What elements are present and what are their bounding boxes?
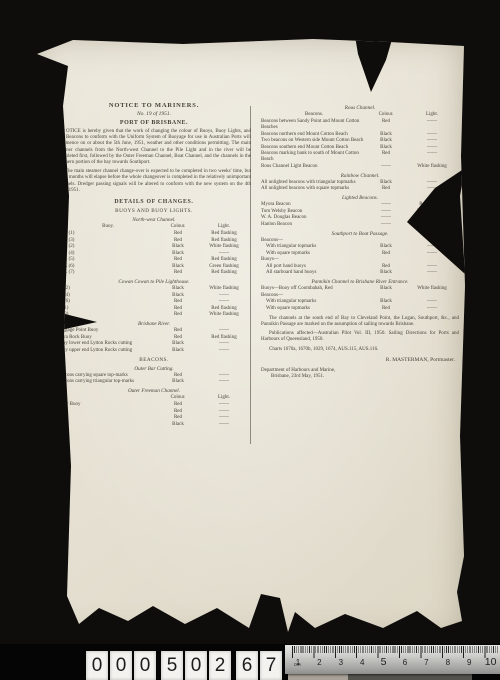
table-row: Luggage Point BuoyRed—— <box>57 328 251 334</box>
row-colour: Black <box>369 299 403 305</box>
row-name: All port hand buoys <box>261 264 367 270</box>
frame-counter: 00050267 <box>86 651 284 680</box>
row-colour: Red <box>161 373 195 379</box>
row-name: Beacons marking bank to south of Mount C… <box>261 151 367 163</box>
row-name: With square topmarks <box>261 306 367 312</box>
table-row: Beacons southern end Mount Cotton BeachB… <box>261 145 459 151</box>
table-row: All unlighted beacons with triangular to… <box>261 180 459 186</box>
table-row: No. 1Red—— <box>57 409 251 415</box>
table-row: M. (2)BlackWhite flashing <box>57 286 251 292</box>
row-colour: Red <box>161 312 195 318</box>
closing-block: The channels at the south end of Bay to … <box>261 316 459 380</box>
row-name: N.W. (2) <box>57 244 159 250</box>
row-colour: —— <box>369 202 403 208</box>
row-colour: Red <box>161 231 195 237</box>
row-light: White flashing <box>197 286 251 292</box>
section-title: Cowan Cowan to Pile Lighthouse. <box>57 279 251 285</box>
channel-section: Cowan Cowan to Pile Lighthouse.M. (2)Bla… <box>57 279 251 318</box>
channel-section: Rous Channel.Beacons.Colour.Light.Beacon… <box>261 105 459 170</box>
table-header-row: Colour.Light. <box>57 395 251 401</box>
row-light: —— <box>405 151 459 157</box>
column-header: Colour. <box>369 112 403 118</box>
row-light: —— <box>405 145 459 151</box>
column-header: Beacons. <box>261 112 367 118</box>
table-row: Beacons carrying square top-marksRed—— <box>57 373 251 379</box>
table-header-row: Beacons.Colour.Light. <box>261 112 459 118</box>
row-light: White flashing <box>405 164 459 170</box>
section-title: Rous Channel. <box>261 105 459 111</box>
notice-paragraph-2: The main steamer channel change-over is … <box>57 169 251 194</box>
row-colour: Black <box>161 293 195 299</box>
row-colour: Black <box>369 286 403 292</box>
row-name: N.W. (7) <box>57 270 159 276</box>
table-row: With triangular topmarksBlack—— <box>261 299 459 305</box>
row-light: —— <box>197 402 251 408</box>
channel-section: BEACONS.Outer Bar Cutting.Beacons carryi… <box>57 357 251 386</box>
row-name: Hanlon Beacon <box>261 222 367 228</box>
row-name: Outer Buoy <box>57 402 159 408</box>
row-light: —— <box>405 138 459 144</box>
counter-digit: 0 <box>110 651 132 680</box>
table-row: All unlighted beacons with square topmar… <box>261 186 459 192</box>
row-light: —— <box>197 251 251 257</box>
row-colour: Black <box>161 286 195 292</box>
table-row: N.W. (2)BlackWhite flashing <box>57 244 251 250</box>
details-heading: DETAILS OF CHANGES. <box>57 199 251 205</box>
row-name: Buoys—Buoy off Coombabah, Red <box>261 286 367 292</box>
counter-digit: 2 <box>209 651 231 680</box>
row-name: W. A. Douglas Beacon <box>261 215 367 221</box>
group-label: Beacons— <box>261 293 459 299</box>
row-colour: Black <box>161 341 195 347</box>
row-name: With triangular topmarks <box>261 299 367 305</box>
row-colour: Red <box>161 306 195 312</box>
row-light: —— <box>405 299 459 305</box>
row-light: —— <box>405 306 459 312</box>
ruler: cm 12345678910 <box>285 645 500 674</box>
row-colour: Red <box>161 270 195 276</box>
row-light: —— <box>405 264 459 270</box>
left-column: NOTICE TO MARINERS. No. 19 of 1951. PORT… <box>57 102 251 428</box>
row-colour: Black <box>161 422 195 428</box>
table-header-row: Buoy.Colour.Light. <box>57 224 251 230</box>
closing-paragraph-2: Publications affected—Australian Pilot V… <box>261 331 459 343</box>
doc-port-heading: PORT OF BRISBANE. <box>57 120 251 126</box>
row-name: Myora Beacon <box>261 202 367 208</box>
row-name: Two beacons on Western side Mount Cotton… <box>261 138 367 144</box>
department-line: Department of Harbours and Marine, <box>261 368 459 373</box>
row-light: —— <box>405 270 459 276</box>
row-light: —— <box>405 132 459 138</box>
row-name: Tom Welsby Beacon <box>261 209 367 215</box>
ruler-number: 4 <box>360 658 364 667</box>
row-light: Red flashing <box>197 257 251 263</box>
row-colour: Red <box>161 299 195 305</box>
row-colour: Red <box>369 306 403 312</box>
row-name: Beacons southern end Mount Cotton Beach <box>261 145 367 151</box>
table-row: With triangular topmarksBlack—— <box>261 244 459 250</box>
row-colour: Red <box>161 238 195 244</box>
ruler-number: 3 <box>339 658 343 667</box>
row-colour: Black <box>369 138 403 144</box>
ruler-number: 7 <box>424 658 428 667</box>
channel-section: Outer Freeman Channel.Colour.Light.Outer… <box>57 388 251 428</box>
table-row: N.W. (1)RedRed flashing <box>57 231 251 237</box>
row-light: —— <box>405 119 459 125</box>
table-row: With square topmarksRed—— <box>261 306 459 312</box>
row-name: No. 1 <box>57 409 159 415</box>
counter-digit: 5 <box>161 651 183 680</box>
row-light: —— <box>197 299 251 305</box>
row-name: M. (2) <box>57 286 159 292</box>
counter-digit: 0 <box>185 651 207 680</box>
row-name: Buoy upper end Lytton Rocks cutting <box>57 348 159 354</box>
notice-paragraph-1: NOTICE is hereby given that the work of … <box>57 129 251 166</box>
row-colour: Red <box>161 402 195 408</box>
row-colour: Black <box>161 379 195 385</box>
section-title: Outer Freeman Channel. <box>57 388 251 394</box>
table-row: N.W. (7)RedRed flashing <box>57 270 251 276</box>
counter-digit: 0 <box>134 651 156 680</box>
closing-paragraph-1: The channels at the south end of Bay to … <box>261 316 459 328</box>
row-colour: Red <box>369 251 403 257</box>
row-colour: Red <box>161 409 195 415</box>
table-row: Beacons carrying triangular top-marksBla… <box>57 379 251 385</box>
buoys-heading: BUOYS AND BUOY LIGHTS. <box>57 208 251 214</box>
row-light: Red flashing <box>197 270 251 276</box>
row-light: Red flashing <box>197 335 251 341</box>
row-colour: Black <box>161 251 195 257</box>
row-colour: Red <box>161 335 195 341</box>
row-name: All unlighted beacons with square topmar… <box>261 186 367 192</box>
ruler-number: 6 <box>403 658 407 667</box>
row-name: Beacons carrying triangular top-marks <box>57 379 159 385</box>
row-light: —— <box>197 293 251 299</box>
table-row: Outer BuoyRed—— <box>57 402 251 408</box>
row-light: Red flashing <box>197 231 251 237</box>
row-colour: Black <box>161 264 195 270</box>
table-row: No. 2Black—— <box>57 422 251 428</box>
table-row: Beacons northern end Mount Cotton BeachB… <box>261 132 459 138</box>
row-name: L. (1) <box>57 306 159 312</box>
table-row: N.W. (5)RedRed flashing <box>57 257 251 263</box>
row-colour: Red <box>369 151 403 157</box>
ruler-number: 8 <box>446 658 450 667</box>
column-header: Light. <box>197 395 251 401</box>
ruler-number: 1 <box>296 658 300 667</box>
row-light: —— <box>197 373 251 379</box>
ruler-number: 5 <box>381 656 387 668</box>
row-name: With triangular topmarks <box>261 244 367 250</box>
row-colour: Black <box>369 180 403 186</box>
row-name: Clara Rock Buoy <box>57 335 159 341</box>
row-colour: Black <box>369 132 403 138</box>
row-colour: —— <box>369 164 403 170</box>
row-colour: Black <box>369 244 403 250</box>
column-header: Buoy. <box>57 224 159 230</box>
row-light: White flashing <box>405 286 459 292</box>
group-label: Buoys— <box>261 257 459 263</box>
row-light: —— <box>197 415 251 421</box>
table-row: L. (1)RedRed flashing <box>57 306 251 312</box>
row-name: With square topmarks <box>261 251 367 257</box>
row-name: Beacons northern end Mount Cotton Beach <box>261 132 367 138</box>
counter-digit: 0 <box>86 651 108 680</box>
table-row: M. (6)Red—— <box>57 299 251 305</box>
column-header: Light. <box>405 112 459 118</box>
catalogue-footer-strip: 00050267 cm 12345678910 <box>0 644 500 680</box>
table-row: L. (3)RedWhite flashing <box>57 312 251 318</box>
row-light: —— <box>197 328 251 334</box>
channel-section: Pannikin Channel to Brisbane River Entra… <box>261 279 459 312</box>
channel-section: Rainbow Channel.All unlighted beacons wi… <box>261 173 459 193</box>
row-name: N.W. (4) <box>57 251 159 257</box>
photograph-of-document: NOTICE TO MARINERS. No. 19 of 1951. PORT… <box>0 0 500 680</box>
section-title: Rainbow Channel. <box>261 173 459 179</box>
ruler-number: 2 <box>317 658 321 667</box>
row-colour: Red <box>369 119 403 125</box>
table-row: N.W. (6)BlackGreen flashing <box>57 264 251 270</box>
section-title: North-west Channel. <box>57 217 251 223</box>
paper-sheet: NOTICE TO MARINERS. No. 19 of 1951. PORT… <box>33 36 465 642</box>
charts-line: Charts 1670a, 1670b, 1029, 1674, AUS.115… <box>261 347 459 352</box>
row-light: —— <box>197 409 251 415</box>
row-colour: —— <box>369 209 403 215</box>
counter-digit: 7 <box>260 651 282 680</box>
counter-digit: 6 <box>236 651 258 680</box>
row-name: M. (6) <box>57 299 159 305</box>
row-name: M. (4) <box>57 293 159 299</box>
table-row: Two beacons on Western side Mount Cotton… <box>261 138 459 144</box>
row-colour: —— <box>369 222 403 228</box>
channel-section: North-west Channel.Buoy.Colour.Light.N.W… <box>57 217 251 276</box>
signature-line: R. MASTERMAN, Portmaster. <box>261 357 459 363</box>
row-light: —— <box>197 422 251 428</box>
row-light: Green flashing <box>197 264 251 270</box>
row-colour: Black <box>369 270 403 276</box>
section-title: Pannikin Channel to Brisbane River Entra… <box>261 279 459 285</box>
table-row: Buoy lower end Lytton Rocks cuttingBlack… <box>57 341 251 347</box>
row-name: All starboard hand buoys <box>261 270 367 276</box>
row-name: N.W. (1) <box>57 231 159 237</box>
row-colour: Black <box>369 145 403 151</box>
row-name: No. 2 <box>57 422 159 428</box>
section-caps-heading: BEACONS. <box>57 357 251 363</box>
row-name: Rous Channel Light Beacon <box>261 164 367 170</box>
date-line: Brisbane, 23rd May, 1951. <box>261 374 459 379</box>
ruler-number: 9 <box>467 658 471 667</box>
doc-title: NOTICE TO MARINERS. <box>57 102 251 109</box>
table-row: Beacons between Sandy Point and Mount Co… <box>261 119 459 131</box>
row-name: Beacons between Sandy Point and Mount Co… <box>261 119 367 131</box>
table-row: Buoy upper end Lytton Rocks cuttingBlack… <box>57 348 251 354</box>
table-row: With square topmarksRed—— <box>261 251 459 257</box>
row-light: —— <box>197 341 251 347</box>
table-row: Buoys—Buoy off Coombabah, RedBlackWhite … <box>261 286 459 292</box>
row-name: N.W. (6) <box>57 264 159 270</box>
column-divider-rule <box>250 106 251 444</box>
row-colour: Red <box>161 415 195 421</box>
row-colour: Black <box>161 348 195 354</box>
ruler-cm-ticks <box>292 646 499 658</box>
table-row: N.W. (3)RedRed flashing <box>57 238 251 244</box>
row-name: Beacons carrying square top-marks <box>57 373 159 379</box>
channel-section: Brisbane River.Luggage Point BuoyRed——Cl… <box>57 321 251 354</box>
row-colour: —— <box>369 215 403 221</box>
row-colour: Black <box>161 244 195 250</box>
section-title: Outer Bar Cutting. <box>57 366 251 372</box>
table-row: M. (4)Black—— <box>57 293 251 299</box>
row-light: Red flashing <box>197 238 251 244</box>
row-light: —— <box>197 348 251 354</box>
row-name: All unlighted beacons with triangular to… <box>261 180 367 186</box>
row-colour: Red <box>161 328 195 334</box>
row-light: Red flashing <box>197 306 251 312</box>
row-colour: Red <box>161 257 195 263</box>
column-header: Colour. <box>161 224 195 230</box>
ruler-number: 10 <box>485 656 497 668</box>
table-row: No. 3Red—— <box>57 415 251 421</box>
row-name: N.W. (5) <box>57 257 159 263</box>
table-row: Beacons marking bank to south of Mount C… <box>261 151 459 163</box>
table-row: N.W. (4)Black—— <box>57 251 251 257</box>
row-colour: Red <box>369 264 403 270</box>
column-header: Light. <box>197 224 251 230</box>
table-row: All starboard hand buoysBlack—— <box>261 270 459 276</box>
row-name: No. 3 <box>57 415 159 421</box>
table-row: Clara Rock BuoyRedRed flashing <box>57 335 251 341</box>
row-light: White flashing <box>197 244 251 250</box>
row-colour: Red <box>369 186 403 192</box>
table-row: All port hand buoysRed—— <box>261 264 459 270</box>
row-name: N.W. (3) <box>57 238 159 244</box>
row-name: Luggage Point Buoy <box>57 328 159 334</box>
row-light: White flashing <box>197 312 251 318</box>
row-light: —— <box>197 379 251 385</box>
table-row: Rous Channel Light Beacon——White flashin… <box>261 164 459 170</box>
row-name: Buoy lower end Lytton Rocks cutting <box>57 341 159 347</box>
paper-tear-top <box>353 36 393 92</box>
column-header: Colour. <box>161 395 195 401</box>
doc-number: No. 19 of 1951. <box>57 111 251 117</box>
